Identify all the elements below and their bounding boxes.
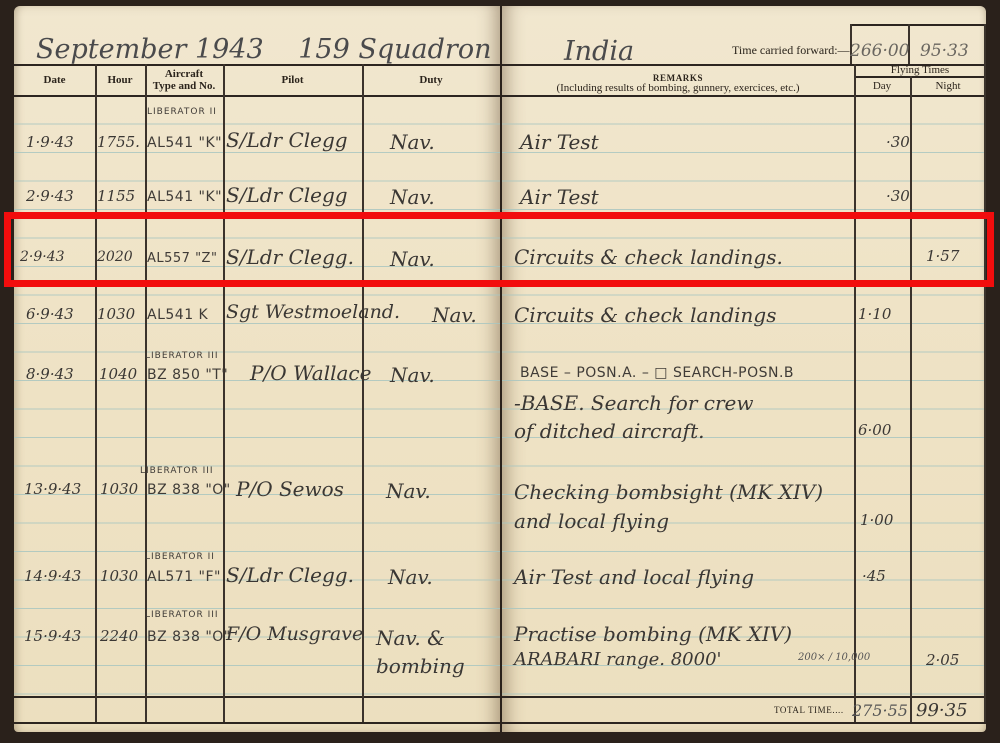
entry-day-time: 6·00 xyxy=(858,421,891,439)
col-header-flying-times: Flying Times xyxy=(854,64,986,76)
entry-aircraft-no: AL541 "K" xyxy=(147,189,222,205)
entry-aircraft-no: BZ 850 "T" xyxy=(147,367,228,383)
aircraft-type: LIBERATOR III xyxy=(145,610,219,620)
header-bottom-rule xyxy=(14,95,500,97)
entry-remarks: Checking bombsight (MK XIV) xyxy=(514,480,823,504)
left-page: September 1943 159 Squadron Date Hour Ai… xyxy=(14,6,500,732)
carried-forward-box-top xyxy=(850,24,986,26)
entry-remarks: Practise bombing (MK XIV) xyxy=(514,622,792,646)
entry-hour: 2020 xyxy=(97,249,133,265)
entry-pilot: S/Ldr Clegg xyxy=(226,128,348,152)
aircraft-type: LIBERATOR II xyxy=(147,107,217,117)
entry-pilot: P/O Sewos xyxy=(236,477,344,501)
entry-hour: 2240 xyxy=(100,627,138,645)
carried-forward-label: Time carried forward:— xyxy=(732,43,850,58)
header-top-rule xyxy=(14,64,500,66)
col-header-aircraft-line2: Type and No. xyxy=(145,80,223,92)
footer-bottom-rule xyxy=(14,722,500,724)
col-header-day: Day xyxy=(854,80,910,92)
entry-day-time: ·30 xyxy=(886,187,910,205)
entry-hour: 1155 xyxy=(97,187,135,205)
col-header-aircraft: Aircraft Type and No. xyxy=(145,68,223,92)
entry-pilot: F/O Musgrave xyxy=(226,623,363,645)
entry-date: 13·9·43 xyxy=(24,480,81,498)
aircraft-type: LIBERATOR III xyxy=(145,351,219,361)
month-year: September 1943 xyxy=(36,34,264,65)
entry-remarks: -BASE. Search for crew xyxy=(514,391,753,415)
entry-day-time: ·30 xyxy=(886,133,910,151)
entry-remarks: BASE – POSN.A. – □ SEARCH-POSN.B xyxy=(520,365,794,381)
col-divider-hour xyxy=(145,64,147,722)
entry-remarks: Circuits & check landings. xyxy=(514,245,783,269)
entry-day-time: 1·10 xyxy=(858,305,891,323)
col-divider-aircraft xyxy=(223,64,225,722)
entry-pilot: S/Ldr Clegg xyxy=(226,183,348,207)
entry-aircraft-no: AL571 "F" xyxy=(147,569,221,585)
entry-day-time: 1·00 xyxy=(860,511,893,529)
right-page: India Time carried forward:— 266·00 95·3… xyxy=(502,6,986,732)
col-header-date: Date xyxy=(14,74,95,86)
entry-pilot: S/Ldr Clegg. xyxy=(226,563,354,587)
entry-remarks: ARABARI range. 8000' xyxy=(514,649,721,670)
entry-date: 8·9·43 xyxy=(26,365,74,383)
total-time-label: TOTAL TIME.... xyxy=(774,705,844,715)
entry-aircraft-no: BZ 838 "O" xyxy=(147,629,231,645)
entry-duty: Nav. xyxy=(388,565,433,589)
entry-night-time: 2·05 xyxy=(926,651,959,669)
entry-remarks: Air Test xyxy=(520,185,599,209)
header-bottom-rule xyxy=(502,95,986,97)
entry-hour: 1040 xyxy=(99,365,137,383)
entry-date: 2·9·43 xyxy=(26,187,74,205)
squadron-name: 159 Squadron xyxy=(298,34,491,65)
entry-date: 2·9·43 xyxy=(20,249,65,265)
entry-aircraft-no: AL557 "Z" xyxy=(147,251,217,266)
col-divider-date xyxy=(95,64,97,722)
entry-hour: 1030 xyxy=(97,305,135,323)
entry-remarks: of ditched aircraft. xyxy=(514,419,704,443)
total-day-time: 275·55 xyxy=(852,701,908,720)
entry-aircraft-no: AL541 "K" xyxy=(147,135,222,151)
entry-hour: 1755. xyxy=(97,133,140,151)
footer-top-rule xyxy=(502,696,986,698)
entry-duty: Nav. xyxy=(386,479,431,503)
col-header-remarks-subtitle: (Including results of bombing, gunnery, … xyxy=(502,82,854,94)
entry-duty: Nav. xyxy=(390,247,435,271)
footer-top-rule xyxy=(14,696,500,698)
entry-hour: 1030 xyxy=(100,567,138,585)
entry-duty: Nav. xyxy=(390,363,435,387)
total-night-time: 99·35 xyxy=(916,700,968,721)
entry-duty: Nav. xyxy=(432,303,477,327)
aircraft-type: LIBERATOR III xyxy=(140,466,214,476)
location-heading: India xyxy=(564,36,634,67)
entry-remarks: Air Test xyxy=(520,130,599,154)
entry-day-time: ·45 xyxy=(862,567,886,585)
col-header-aircraft-line1: Aircraft xyxy=(145,68,223,80)
entry-remarks-note: 200× / 10,000 xyxy=(798,652,870,663)
flying-times-rule xyxy=(854,76,986,78)
entry-duty: Nav. xyxy=(390,185,435,209)
entry-date: 1·9·43 xyxy=(26,133,74,151)
entry-pilot: P/O Wallace xyxy=(250,361,371,385)
entry-date: 14·9·43 xyxy=(24,567,81,585)
col-header-night: Night xyxy=(910,80,986,92)
entry-aircraft-no: AL541 K xyxy=(147,307,208,323)
entry-duty: Nav. & bombing xyxy=(376,624,496,680)
entry-date: 6·9·43 xyxy=(26,305,74,323)
month-year-heading: September 1943 159 Squadron xyxy=(36,34,491,65)
page-right-edge xyxy=(984,24,986,722)
entry-pilot: Sgt Westmoeland. xyxy=(226,301,400,323)
col-divider-remarks xyxy=(854,64,856,722)
entry-aircraft-no: BZ 838 "O" xyxy=(147,482,231,498)
entry-night-time: 1·57 xyxy=(926,247,959,265)
entry-remarks: Air Test and local flying xyxy=(514,565,754,589)
entry-date: 15·9·43 xyxy=(24,627,81,645)
entry-hour: 1030 xyxy=(100,480,138,498)
col-header-pilot: Pilot xyxy=(223,74,362,86)
aircraft-type: LIBERATOR II xyxy=(145,552,215,562)
col-divider-day xyxy=(910,76,912,722)
entry-pilot: S/Ldr Clegg. xyxy=(226,245,354,269)
logbook-spread: September 1943 159 Squadron Date Hour Ai… xyxy=(0,0,1000,743)
footer-bottom-rule xyxy=(502,722,986,724)
carried-forward-day: 266·00 xyxy=(850,41,909,61)
carried-forward-night: 95·33 xyxy=(920,41,969,61)
col-header-hour: Hour xyxy=(95,74,145,86)
entry-remarks: and local flying xyxy=(514,509,669,533)
entry-remarks: Circuits & check landings xyxy=(514,303,777,327)
entry-duty: Nav. xyxy=(390,130,435,154)
col-header-duty: Duty xyxy=(362,74,500,86)
